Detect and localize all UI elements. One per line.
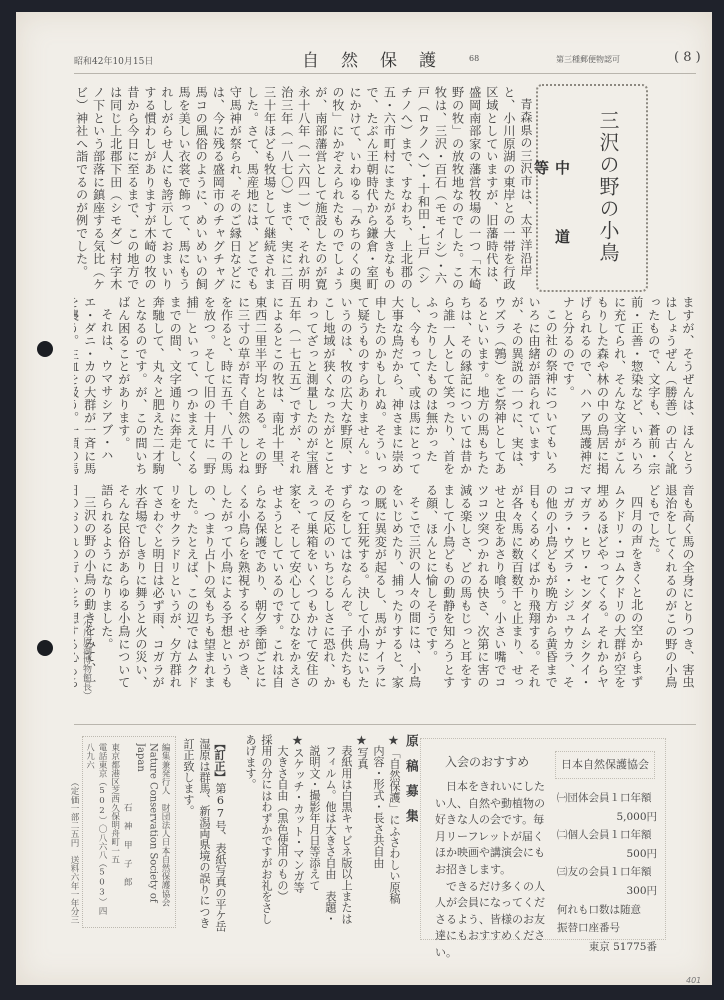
header-rule	[74, 73, 696, 74]
fee-amount: 300円	[557, 882, 657, 901]
punch-hole	[37, 640, 53, 656]
paragraph: この社の祭神についてもいろいろに由緒が語られていますが、その異説の一つに、実は、…	[115, 296, 559, 478]
page-header: 昭和42年10月15日 自然保護 68 第三種郵便物認可 ( 8 )	[74, 46, 702, 70]
paragraph: 日本をきれいにしたい人、自然や動植物の好きな人の会です。毎月リーフレットが届くほ…	[435, 779, 547, 879]
price-note: （定価一部二五円 送料六年一年分三〇〇円）	[64, 778, 82, 928]
section-rule	[74, 724, 696, 725]
publisher-org: 財団法人日本自然保護協会	[160, 803, 170, 906]
article-body-upper-a: 青森県の三沢市は、太平洋沿岸と、小川原湖の東岸との一帯を行政区域としていますが、…	[74, 86, 534, 291]
postal-permit: 第三種郵便物認可	[556, 54, 620, 65]
correction-notice: 【訂正】第67号、表紙写真の平ケ岳湿原は群馬、新潟両県境の誤りにつき訂正致します…	[180, 738, 228, 938]
manuscript-call: 原稿募集 ★「自然保護」にふさわしい原稿 内容・形式・長さ共自由 ★写真 表紙用…	[228, 734, 418, 934]
article-title: 三沢の野の小鳥	[594, 110, 623, 280]
membership-body: 日本をきれいにしたい人、自然や動植物の好きな人の会です。毎月リーフレットが届くほ…	[435, 779, 547, 962]
fee-amount: 500円	[557, 845, 657, 864]
paragraph: 音も高く馬の全身にとりつき、害虫退治をしてくれるのがこの野の小鳥どもでした。	[645, 484, 696, 698]
fee-note: 何れも口数は随意	[557, 901, 657, 920]
article-body-lower: 音も高く馬の全身にとりつき、害虫退治をしてくれるのがこの野の小鳥どもでした。 四…	[74, 484, 696, 698]
paragraph: そこで三沢の人々の間には、小鳥をいじめたり、捕ったりすると、家の厩に異変が起るし…	[98, 484, 423, 698]
publisher-role: 編集兼発行人	[160, 743, 170, 795]
fee-label: ㈡個人会員１口年額	[557, 826, 657, 845]
paragraph: 四月の声をきくと北の空からまずムクドリ・コムクドリの大群が空を埋めるほどやってく…	[423, 484, 645, 698]
publisher-box: 編集兼発行人 財団法人日本自然保護協会 Nature Conservation …	[82, 736, 176, 928]
issue-date: 昭和42年10月15日	[74, 54, 153, 67]
manuscript-call-title: 原稿募集	[402, 734, 418, 934]
star-icon: ★	[291, 734, 305, 747]
fee-amount: 5,000円	[557, 808, 657, 827]
author-credit: （小川原湖博物館長）	[80, 610, 93, 705]
paragraph: できるだけ多くの人人が会員になってくださるよう、皆様のお友達にもおすすめください…	[435, 879, 547, 962]
manuscript-item: ★「自然保護」にふさわしい原稿	[386, 734, 402, 934]
manuscript-closing: 採用の分にはわずかですがお礼をさしあげます。	[242, 734, 274, 934]
publisher-name: 石 神 甲 子 郎	[121, 743, 134, 921]
manuscript-item-detail: 表紙用は白黒キャビネ版以上またはフィルム。他は大きさ自由 表題・説明文・撮影年月…	[306, 734, 354, 934]
fee-label: ㈢友の会員１口年額	[557, 863, 657, 882]
manuscript-item: ★写真	[354, 734, 370, 934]
account-number: 東京 51775番	[557, 938, 657, 957]
membership-box: 入会のおすすめ 日本をきれいにしたい人、自然や動植物の好きな人の会です。毎月リー…	[420, 738, 666, 940]
manuscript-item-detail: 大きさ自由（黒色使用のもの）	[274, 734, 290, 934]
fee-label: ㈠団体会員１口年額	[557, 789, 657, 808]
punch-hole	[37, 341, 53, 357]
star-icon: ★	[355, 734, 369, 747]
paragraph: それは、ウマサシアブ・ハエ・ダニ・カの大群が一斉に馬を襲う。生血を吸う。一頭の馬…	[74, 296, 115, 478]
article-author: 中 道 等	[531, 160, 573, 290]
publisher-english: Nature Conservation Society of Japan	[133, 743, 158, 921]
paragraph: ますが、そうぜんは、ほんとうはしょうぜん（勝善）の古く訛ったもので、文字も、蒼前…	[559, 296, 696, 478]
manuscript-item: ★スケッチ・カット・マンガ等	[290, 734, 306, 934]
publisher-address: 東京都港区芝西久保明舟町一五	[108, 743, 121, 921]
fee-list: ㈠団体会員１口年額 5,000円 ㈡個人会員１口年額 500円 ㈢友の会員１口年…	[557, 789, 657, 956]
membership-title: 入会のおすすめ	[445, 753, 529, 770]
account-label: 振替口座番号	[557, 919, 657, 938]
manuscript-item-detail: 内容・形式・長さ共自由	[370, 734, 386, 934]
article-body-upper-b: ますが、そうぜんは、ほんとうはしょうぜん（勝善）の古く訛ったもので、文字も、蒼前…	[74, 296, 696, 478]
handwritten-mark: 401	[686, 976, 701, 985]
magazine-title: 自然保護	[302, 46, 458, 71]
association-name: 日本自然保護協会	[555, 751, 655, 779]
page-number: ( 8 )	[674, 50, 701, 65]
paragraph: 青森県の三沢市は、太平洋沿岸と、小川原湖の東岸との一帯を行政区域としていますが、…	[74, 86, 534, 291]
publisher-phone: 電話東京（502）〇八六八（503）四八九六	[87, 743, 108, 921]
issue-number: 68	[469, 54, 479, 63]
star-icon: ★	[387, 734, 401, 747]
correction-tag: 【訂正】	[213, 738, 227, 783]
